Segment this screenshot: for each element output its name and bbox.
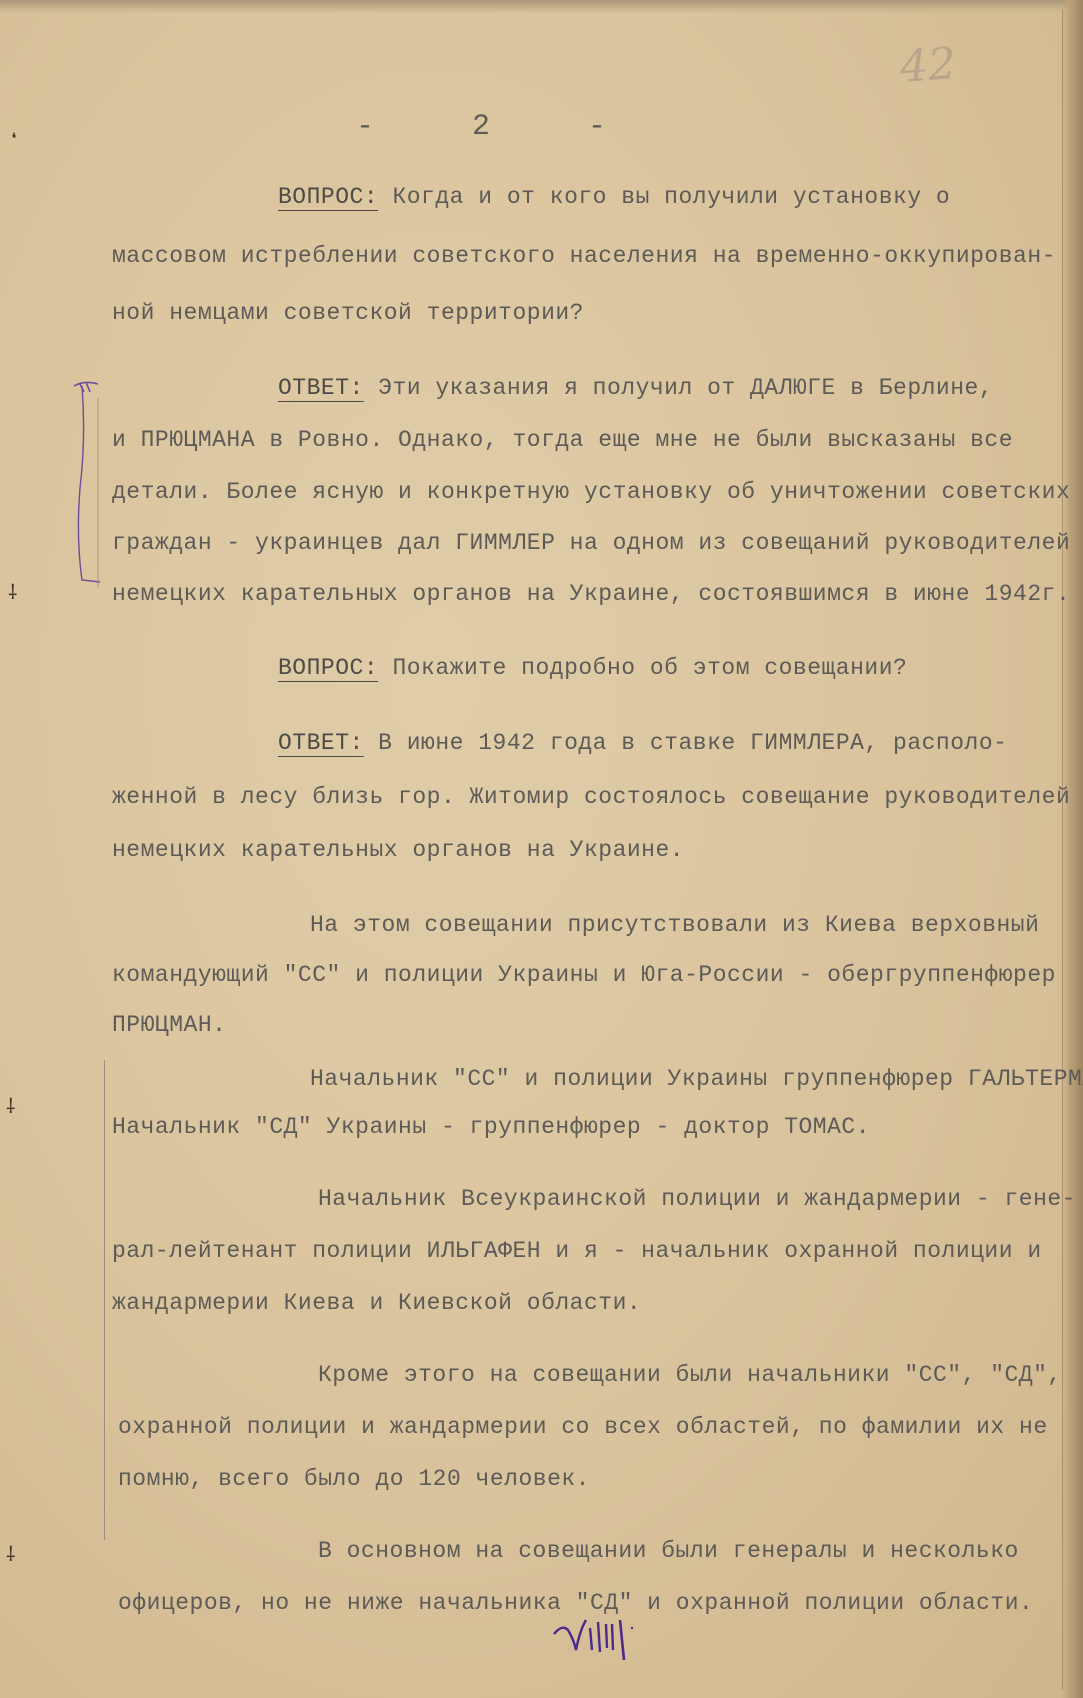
paragraph-generals-line-1: В основном на совещании были генералы и … xyxy=(318,1538,1019,1564)
margin-mark-icon: ⸸ xyxy=(8,578,17,606)
paragraph-police-line-1: Начальник Всеукраинской полиции и жандар… xyxy=(318,1186,1076,1212)
margin-mark-icon: ⸸ xyxy=(6,1540,15,1568)
page-number: - 2 - xyxy=(356,110,646,144)
question-1-line-2: массовом истреблении советского населени… xyxy=(112,243,1056,269)
margin-mark-icon: ❛ xyxy=(8,128,20,154)
question-label: ВОПРОС: xyxy=(278,184,378,210)
answer-label: ОТВЕТ: xyxy=(278,375,364,401)
text-line: Покажите подробно об этом совещании? xyxy=(392,655,907,681)
question-1-line-1: ВОПРОС: Когда и от кого вы получили уста… xyxy=(278,184,950,210)
answer-2-line-1: ОТВЕТ: В июне 1942 года в ставке ГИММЛЕР… xyxy=(278,730,1007,756)
question-2-line-1: ВОПРОС: Покажите подробно об этом совеща… xyxy=(278,655,907,681)
answer-1-line-2: и ПРЮЦМАНА в Ровно. Однако, тогда еще мн… xyxy=(112,427,1013,453)
answer-1-line-3: детали. Более ясную и конкретную установ… xyxy=(112,479,1070,505)
margin-pencil-line xyxy=(104,1060,105,1540)
text-line: В июне 1942 года в ставке ГИММЛЕРА, расп… xyxy=(378,730,1007,756)
document-page: 42 - 2 - ВОПРОС: Когда и от кого вы полу… xyxy=(0,0,1083,1698)
paragraph-others-line-3: помню, всего было до 120 человек. xyxy=(118,1466,590,1492)
question-1-line-3: ной немцами советской территории? xyxy=(112,300,584,326)
paragraph-police-line-2: рал-лейтенант полиции ИЛЬГАФЕН и я - нач… xyxy=(112,1238,1042,1264)
question-label: ВОПРОС: xyxy=(278,655,378,681)
text-line: Когда и от кого вы получили установку о xyxy=(392,184,950,210)
margin-bracket-icon xyxy=(70,378,110,598)
page-fold-line xyxy=(1062,10,1063,1690)
signature-icon xyxy=(550,1610,670,1670)
paragraph-others-line-2: охранной полиции и жандармерии со всех о… xyxy=(118,1414,1048,1440)
paragraph-chiefs-line-2: Начальник "СД" Украины - группенфюрер - … xyxy=(112,1114,870,1140)
answer-2-line-3: немецких карательных органов на Украине. xyxy=(112,837,684,863)
text-line: Эти указания я получил от ДАЛЮГЕ в Берли… xyxy=(378,375,993,401)
paper-top-edge xyxy=(0,0,1083,14)
answer-1-line-1: ОТВЕТ: Эти указания я получил от ДАЛЮГЕ … xyxy=(278,375,993,401)
paper-right-edge xyxy=(1061,0,1083,1698)
paragraph-attendees-line-2: командующий "СС" и полиции Украины и Юга… xyxy=(112,962,1056,988)
paragraph-chiefs-line-1: Начальник "СС" и полиции Украины группен… xyxy=(310,1066,1083,1092)
paragraph-police-line-3: жандармерии Киева и Киевской области. xyxy=(112,1290,641,1316)
paragraph-attendees-line-3: ПРЮЦМАН. xyxy=(112,1012,226,1038)
answer-2-line-2: женной в лесу близь гор. Житомир состоял… xyxy=(112,784,1070,810)
margin-mark-icon: ⸸ xyxy=(6,1092,15,1120)
answer-1-line-4: граждан - украинцев дал ГИММЛЕР на одном… xyxy=(112,530,1070,556)
paragraph-attendees-line-1: На этом совещании присутствовали из Киев… xyxy=(310,912,1039,938)
answer-label: ОТВЕТ: xyxy=(278,730,364,756)
archive-folio-number: 42 xyxy=(898,38,957,93)
paragraph-others-line-1: Кроме этого на совещании были начальники… xyxy=(318,1362,1062,1388)
answer-1-line-5: немецких карательных органов на Украине,… xyxy=(112,581,1070,607)
